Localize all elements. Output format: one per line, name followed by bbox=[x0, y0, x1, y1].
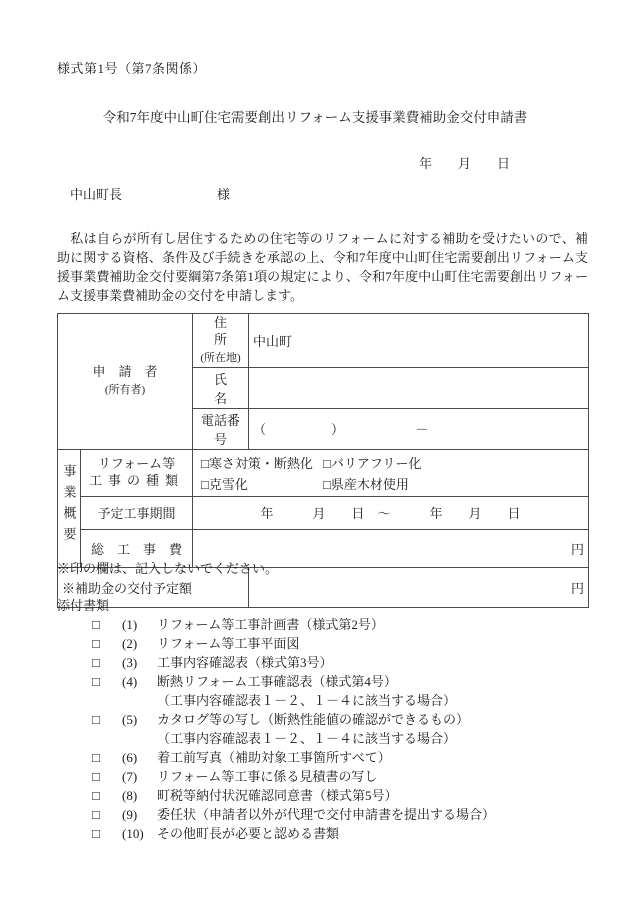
document-page: 様式第1号（第7条関係） 令和7年度中山町住宅需要創出リフォーム支援事業費補助金… bbox=[0, 0, 630, 903]
checkbox-icon: □ bbox=[92, 767, 112, 786]
addressee-name: 中山町長 bbox=[70, 187, 122, 202]
work-type-label-line1: リフォーム等 bbox=[98, 456, 175, 471]
item-number: (10) bbox=[122, 824, 144, 843]
item-text: 町税等納付状況確認同意書（様式第5号） bbox=[157, 786, 588, 805]
work-type-option-local-wood: □県産木材使用 bbox=[323, 474, 584, 493]
item-text: 着工前写真（補助対象工事箇所すべて） bbox=[157, 748, 588, 767]
addressee-honorific: 様 bbox=[217, 187, 230, 202]
attachment-item-3: □ (3) 工事内容確認表（様式第3号） bbox=[57, 653, 588, 672]
work-type-option-snow: □克雪化 bbox=[201, 474, 323, 493]
name-label: 氏 名 bbox=[193, 367, 249, 408]
page-title: 令和7年度中山町住宅需要創出リフォーム支援事業費補助金交付申請書 bbox=[0, 106, 630, 126]
body-paragraph: 私は自らが所有し居住するための住宅等のリフォームに対する補助を受けたいので、補助… bbox=[57, 229, 588, 305]
attachment-item-5: □ (5) カタログ等の写し（断熱性能値の確認ができるもの） bbox=[57, 710, 588, 729]
item-number: (6) bbox=[122, 748, 144, 767]
period-value: 年 月 日 ～ 年 月 日 bbox=[193, 496, 589, 529]
checkbox-icon: □ bbox=[92, 786, 112, 805]
item-number: (7) bbox=[122, 767, 144, 786]
item-text: リフォーム等工事計画書（様式第2号） bbox=[157, 615, 588, 634]
applicant-sublabel: (所有者) bbox=[105, 384, 145, 396]
attachments-title: 添付書類 bbox=[57, 596, 588, 615]
work-type-checkbox-grid: □寒さ対策・断熱化 □バリアフリー化 □克雪化 □県産木材使用 bbox=[197, 451, 584, 495]
address-label-cell: 住 所 (所在地) bbox=[193, 314, 249, 368]
project-group-label-cell: 事業概要 bbox=[58, 449, 81, 567]
checkbox-icon: □ bbox=[92, 748, 112, 767]
item-text: 工事内容確認表（様式第3号） bbox=[157, 653, 588, 672]
attachment-item-4-note: （工事内容確認表１－２、１－４に該当する場合） bbox=[57, 691, 588, 710]
attachment-item-1: □ (1) リフォーム等工事計画書（様式第2号） bbox=[57, 615, 588, 634]
item-text: 断熱リフォーム工事確認表（様式第4号） bbox=[157, 672, 588, 691]
form-number: 様式第1号（第7条関係） bbox=[57, 58, 206, 77]
applicant-label-cell: 申 請 者 (所有者) bbox=[58, 314, 193, 450]
project-group-label: 事業概要 bbox=[63, 464, 76, 548]
item-text: その他町長が必要と認める書類 bbox=[157, 824, 588, 843]
address-sublabel: (所在地) bbox=[200, 352, 240, 364]
checkbox-icon: □ bbox=[92, 653, 112, 672]
name-value bbox=[249, 367, 589, 408]
work-type-label-cell: リフォーム等 工事の種類 bbox=[81, 449, 193, 496]
checkbox-icon: □ bbox=[92, 710, 112, 729]
attachments-section: 添付書類 □ (1) リフォーム等工事計画書（様式第2号） □ (2) リフォー… bbox=[57, 596, 588, 843]
applicant-label: 申 請 者 bbox=[93, 364, 158, 379]
date-line: 年 月 日 bbox=[57, 153, 588, 172]
attachment-item-2: □ (2) リフォーム等工事平面図 bbox=[57, 634, 588, 653]
attachment-item-8: □ (8) 町税等納付状況確認同意書（様式第5号） bbox=[57, 786, 588, 805]
attachment-item-7: □ (7) リフォーム等工事に係る見積書の写し bbox=[57, 767, 588, 786]
item-number: (3) bbox=[122, 653, 144, 672]
attachment-item-5-note: （工事内容確認表１－２、１－４に該当する場合） bbox=[57, 729, 588, 748]
item-number: (4) bbox=[122, 672, 144, 691]
item-number: (8) bbox=[122, 786, 144, 805]
usage-note: ※印の欄は、記入しないでください。 bbox=[57, 558, 278, 577]
attachment-item-4: □ (4) 断熱リフォーム工事確認表（様式第4号） bbox=[57, 672, 588, 691]
item-text: 委任状（申請者以外が代理で交付申請書を提出する場合） bbox=[157, 805, 588, 824]
checkbox-icon: □ bbox=[92, 805, 112, 824]
checkbox-icon: □ bbox=[92, 615, 112, 634]
period-label: 予定工事期間 bbox=[81, 496, 193, 529]
item-number: (2) bbox=[122, 634, 144, 653]
checkbox-icon: □ bbox=[92, 672, 112, 691]
item-text: リフォーム等工事に係る見積書の写し bbox=[157, 767, 588, 786]
item-number: (9) bbox=[122, 805, 144, 824]
checkbox-icon: □ bbox=[92, 824, 112, 843]
item-number: (5) bbox=[122, 710, 144, 729]
item-text: リフォーム等工事平面図 bbox=[157, 634, 588, 653]
address-label: 住 所 bbox=[214, 315, 253, 347]
phone-value: （ ） － bbox=[249, 408, 589, 449]
work-type-label-line2: 工事の種類 bbox=[89, 473, 184, 488]
phone-label: 電話番号 bbox=[193, 408, 249, 449]
work-type-options-cell: □寒さ対策・断熱化 □バリアフリー化 □克雪化 □県産木材使用 bbox=[193, 449, 589, 496]
checkbox-icon: □ bbox=[92, 634, 112, 653]
item-text: カタログ等の写し（断熱性能値の確認ができるもの） bbox=[157, 710, 588, 729]
addressee-line: 中山町長様 bbox=[70, 184, 230, 203]
attachment-item-10: □ (10) その他町長が必要と認める書類 bbox=[57, 824, 588, 843]
attachment-item-6: □ (6) 着工前写真（補助対象工事箇所すべて） bbox=[57, 748, 588, 767]
work-type-option-barrier-free: □バリアフリー化 bbox=[323, 453, 584, 472]
attachment-item-9: □ (9) 委任状（申請者以外が代理で交付申請書を提出する場合） bbox=[57, 805, 588, 824]
address-value: 中山町 bbox=[249, 314, 589, 368]
work-type-option-insulation: □寒さ対策・断熱化 bbox=[201, 453, 323, 472]
item-number: (1) bbox=[122, 615, 144, 634]
